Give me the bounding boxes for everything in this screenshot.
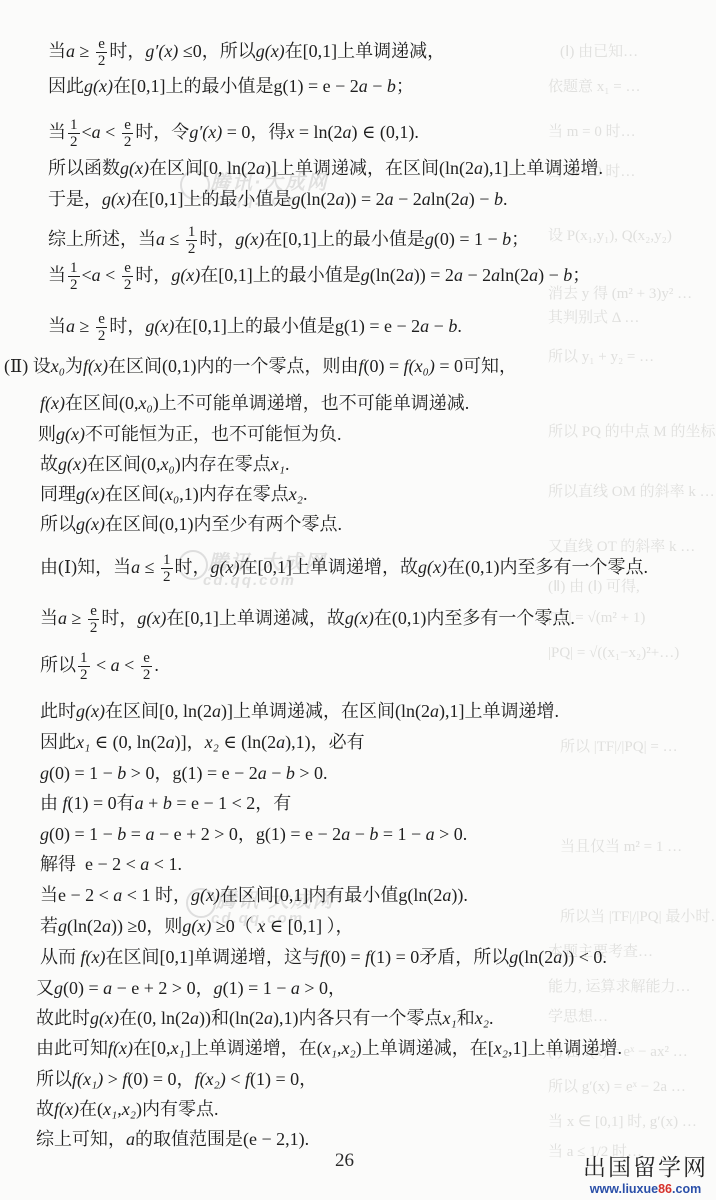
text-segment: (Ⅱ) 设	[4, 355, 51, 377]
fraction-denominator: 2	[122, 277, 134, 293]
math-symbol: f(x)	[40, 392, 65, 414]
text-segment: 当	[48, 121, 66, 143]
math-symbol: b	[563, 264, 572, 286]
text-segment: ∈ [0,1] ），	[265, 915, 353, 937]
text-line: 故此时g(x)在(0, ln(2a))和(ln(2a),1)内各只有一个零点x₁…	[36, 1007, 493, 1029]
text-segment: )) < 0.	[562, 946, 607, 968]
bleed-through-line: 当 x ∈ [0,1] 时, g′(x) …	[548, 1110, 697, 1131]
math-symbol: x₂	[289, 483, 303, 505]
text-segment: 当	[40, 607, 58, 629]
math-symbol: g(x)	[211, 556, 240, 578]
text-segment: )内存在零点	[175, 453, 271, 475]
text-segment: 在(0, ln(2	[119, 1007, 190, 1029]
text-segment: (ln(2	[300, 188, 335, 210]
fraction: e2	[141, 650, 153, 683]
fraction: e2	[122, 117, 134, 150]
fraction-numerator: e	[122, 117, 133, 134]
text-segment: 因此	[48, 75, 84, 97]
math-symbol: g(x)	[418, 556, 447, 578]
math-symbol: a	[66, 40, 75, 62]
math-symbol: a	[156, 228, 165, 250]
text-segment: ≥	[67, 607, 86, 629]
fraction-denominator: 2	[78, 667, 90, 683]
text-segment: )]，	[175, 731, 205, 753]
bleed-through-line: 所以当 |TF|/|PQ| 最小时…	[560, 905, 716, 926]
math-symbol: g(x)	[76, 700, 105, 722]
fraction-denominator: 2	[88, 620, 100, 636]
text-segment: 时，	[175, 556, 211, 578]
math-symbol: g	[58, 915, 67, 937]
text-segment: (1) = 0有	[68, 792, 135, 814]
text-segment: = 1 −	[378, 823, 425, 845]
text-segment: 于是，	[48, 188, 102, 210]
math-symbol: a	[92, 264, 101, 286]
text-line: 同理g(x)在区间(x₀,1)内存在零点x₂.	[40, 483, 307, 505]
text-line: (Ⅱ) 设x₀为f(x)在区间(0,1)内的一个零点，则由f(0) = f(x₀…	[4, 355, 517, 377]
text-segment: > 0，	[126, 762, 172, 784]
text-segment: ；	[396, 75, 414, 97]
fraction-numerator: e	[96, 311, 107, 328]
math-symbol: g(x)	[145, 315, 174, 337]
text-segment: 在区间(0,	[65, 392, 139, 414]
text-segment: 为	[65, 355, 83, 377]
math-symbol: a	[529, 264, 538, 286]
math-symbol: x₁	[323, 1037, 337, 1059]
text-segment: )上不可能单调递增，也不可能单调递减.	[153, 392, 470, 414]
text-segment: 所以	[40, 513, 76, 535]
text-segment: 的取值范围是(e − 2,1).	[135, 1128, 309, 1150]
math-symbol: x₁	[103, 1098, 117, 1120]
math-symbol: b	[448, 315, 457, 337]
text-segment: −	[429, 315, 448, 337]
math-symbol: a	[422, 188, 431, 210]
text-segment: ≤	[165, 228, 184, 250]
text-line: 当a ≥ e2时，g′(x) ≤0，所以g(x)在[0,1]上单调递减，	[48, 34, 445, 67]
text-segment: 所以	[40, 654, 76, 676]
math-symbol: b	[286, 762, 295, 784]
text-segment: (ln(2	[67, 915, 102, 937]
text-segment: 解得 e − 2 <	[40, 853, 140, 875]
text-segment: .	[503, 188, 508, 210]
text-segment: )内有零点.	[136, 1098, 219, 1120]
math-symbol: a	[58, 607, 67, 629]
text-segment: <	[82, 121, 92, 143]
text-segment: (1) = 0矛盾，所以	[370, 946, 509, 968]
math-symbol: a	[460, 188, 469, 210]
text-segment: 由(Ⅰ)知，当	[40, 556, 131, 578]
text-segment: − e + 2 > 0，	[112, 977, 213, 999]
text-line: 由(Ⅰ)知，当a ≤ 12时，g(x)在[0,1]上单调递增，故g(x)在(0,…	[40, 550, 648, 583]
text-segment: 在(0,1)内至多有一个零点.	[374, 607, 575, 629]
math-symbol: b	[117, 823, 126, 845]
text-segment: 在(0,1)内至多有一个零点.	[447, 556, 648, 578]
text-line: g(0) = 1 − b > 0，g(1) = e − 2a − b > 0.	[40, 762, 328, 784]
fraction-numerator: e	[96, 36, 107, 53]
text-segment: (1) = 1 −	[223, 977, 291, 999]
math-symbol: a	[66, 315, 75, 337]
math-symbol: a	[92, 121, 101, 143]
bleed-through-line: (Ⅰ) 由已知…	[560, 40, 638, 61]
fraction-numerator: 1	[78, 650, 90, 667]
text-line: 故f(x)在(x₁,x₂)内有零点.	[36, 1098, 218, 1120]
fraction: e2	[96, 311, 108, 344]
fraction-denominator: 2	[161, 569, 173, 585]
text-segment: ,1)内存在零点	[179, 483, 289, 505]
text-segment: 当e − 2 <	[40, 884, 113, 906]
text-segment: < 1 时，	[122, 884, 191, 906]
math-symbol: x₁	[170, 1037, 184, 1059]
math-symbol: g(x)	[345, 607, 374, 629]
math-symbol: a	[131, 556, 140, 578]
fraction-numerator: e	[122, 260, 133, 277]
text-segment: ) −	[469, 188, 494, 210]
text-segment: − e + 2 > 0，	[154, 823, 255, 845]
text-segment: (ln(2	[370, 264, 405, 286]
text-line: 则g(x)不可能恒为正，也不可能恒为负.	[38, 423, 341, 445]
math-symbol: x₂	[494, 1037, 508, 1059]
math-symbol: a	[113, 884, 122, 906]
math-symbol: x₂	[475, 1007, 489, 1029]
math-symbol: g(x)	[182, 915, 211, 937]
text-segment: 当	[48, 264, 66, 286]
math-symbol: x	[257, 915, 265, 937]
text-segment: 故此时	[36, 1007, 90, 1029]
text-segment: 所以	[36, 1068, 72, 1090]
text-segment: (0) =	[63, 977, 103, 999]
text-segment: 综上可知，	[36, 1128, 126, 1150]
text-segment: =	[126, 823, 145, 845]
text-segment: (0) = 1 −	[49, 762, 117, 784]
text-line: 综上所述，当a ≤ 12时，g(x)在[0,1]上的最小值是g(0) = 1 −…	[48, 222, 529, 255]
text-segment: ),1]上单调递增.	[439, 700, 559, 722]
math-symbol: b	[387, 75, 396, 97]
math-symbol: a	[430, 700, 439, 722]
text-segment: > 0.	[435, 823, 468, 845]
bleed-through-line: 设 P(x₁,y₁), Q(x₂,y₂)	[548, 224, 672, 245]
fraction-denominator: 2	[68, 277, 80, 293]
text-segment: g(1) = e − 2	[256, 823, 341, 845]
fraction-denominator: 2	[186, 241, 198, 257]
math-symbol: g	[291, 188, 300, 210]
text-segment: ≤0，所以	[178, 40, 255, 62]
math-symbol: a	[111, 654, 120, 676]
text-line: 又g(0) = a − e + 2 > 0，g(1) = 1 − a > 0，	[36, 977, 346, 999]
text-segment: )]上单调递减，在区间(ln(2	[221, 700, 430, 722]
text-segment: > 0.	[295, 762, 328, 784]
text-line: 因此g(x)在[0,1]上的最小值是g(1) = e − 2a − b；	[48, 75, 414, 97]
text-segment: 不可能恒为正，也不可能恒为负.	[85, 423, 342, 445]
math-symbol: b	[369, 823, 378, 845]
math-symbol: f(x₂)	[195, 1068, 226, 1090]
text-segment: .	[457, 315, 462, 337]
math-symbol: a	[190, 1007, 199, 1029]
math-symbol: x₂	[205, 731, 219, 753]
fraction: 12	[161, 552, 173, 585]
text-segment: ]上单调递增，在(	[185, 1037, 323, 1059]
math-symbol: g	[40, 823, 49, 845]
text-line: 当a ≥ e2时，g(x)在[0,1]上单调递减，故g(x)在(0,1)内至多有…	[40, 601, 575, 634]
math-symbol: a	[276, 731, 285, 753]
text-segment: (0) = 1 −	[49, 823, 117, 845]
text-segment: − 2	[463, 264, 491, 286]
text-segment: 时，	[109, 40, 145, 62]
math-symbol: x₀	[160, 453, 174, 475]
math-symbol: f(x)	[108, 1037, 133, 1059]
brand-name: 出国留学网	[583, 1154, 708, 1182]
text-segment: <	[92, 654, 111, 676]
text-segment: ；	[572, 264, 590, 286]
text-segment: 在[0,1]上单调递减，故	[166, 607, 345, 629]
math-symbol: g	[214, 977, 223, 999]
text-segment: ≥	[75, 315, 94, 337]
math-symbol: a	[341, 823, 350, 845]
math-symbol: b	[502, 228, 511, 250]
fraction: 12	[68, 260, 80, 293]
text-line: 由 f(1) = 0有a + b = e − 1 < 2，有	[40, 792, 291, 814]
text-segment: (0) =	[363, 355, 403, 377]
math-symbol: g	[40, 762, 49, 784]
math-symbol: a	[491, 264, 500, 286]
math-symbol: a	[212, 700, 221, 722]
text-segment: 在[0,1]上的最小值是	[200, 264, 361, 286]
text-segment: ),1)内各只有一个零点	[273, 1007, 443, 1029]
math-symbol: a	[135, 792, 144, 814]
math-symbol: a	[335, 188, 344, 210]
text-segment: 时，令	[135, 121, 189, 143]
text-segment: ln(2	[431, 188, 460, 210]
math-symbol: g(x)	[76, 513, 105, 535]
text-segment: )上单调递减，在[	[356, 1037, 494, 1059]
fraction-denominator: 2	[96, 53, 108, 69]
text-segment: ∈ (0, ln(2	[90, 731, 165, 753]
math-symbol: g	[54, 977, 63, 999]
text-segment: >	[103, 1068, 122, 1090]
math-symbol: f(x₀)	[404, 355, 435, 377]
text-segment: <	[226, 1068, 245, 1090]
text-line: 从而 f(x)在区间[0,1]单调递增，这与f(0) = f(1) = 0矛盾，…	[40, 946, 607, 968]
text-segment: 和	[457, 1007, 475, 1029]
text-line: 综上可知，a的取值范围是(e − 2,1).	[36, 1128, 309, 1150]
math-symbol: a	[359, 75, 368, 97]
text-segment: 由	[40, 792, 63, 814]
fraction: 12	[78, 650, 90, 683]
text-segment: )]上单调递减，在区间(ln(2	[265, 157, 474, 179]
math-symbol: f(x)	[54, 1098, 79, 1120]
text-line: 由此可知f(x)在[0,x₁]上单调递增，在(x₁,x₂)上单调递减，在[x₂,…	[36, 1037, 622, 1059]
text-line: 因此x₁ ∈ (0, ln(2a)]，x₂ ∈ (ln(2a),1)，必有	[40, 731, 365, 753]
text-segment: 在[0,1]上单调递增，故	[239, 556, 418, 578]
math-symbol: a	[126, 1128, 135, 1150]
math-symbol: x	[286, 121, 294, 143]
math-symbol: a	[553, 946, 562, 968]
text-segment: )) = 2	[414, 264, 454, 286]
math-symbol: b	[494, 188, 503, 210]
text-line: 若g(ln(2a)) ≥0，则g(x) ≥0（ x ∈ [0,1] ），	[40, 915, 354, 937]
text-segment: 在[0,1]上单调递减，	[285, 40, 446, 62]
text-segment: 在区间[0, ln(2	[105, 700, 212, 722]
text-segment: ≥0（	[211, 915, 257, 937]
bleed-through-line: 所以 y₁ + y₂ = …	[548, 345, 654, 366]
fraction-numerator: e	[141, 650, 152, 667]
text-segment: ≥	[75, 40, 94, 62]
math-symbol: a	[145, 823, 154, 845]
math-symbol: b	[117, 762, 126, 784]
math-symbol: x₀	[51, 355, 65, 377]
text-segment: ≤	[140, 556, 159, 578]
math-symbol: f(x)	[83, 355, 108, 377]
text-segment: (0) =	[325, 946, 365, 968]
text-segment: 在区间[0, ln(2	[149, 157, 256, 179]
math-symbol: g(x)	[235, 228, 264, 250]
text-segment: )) ≥0，则	[111, 915, 182, 937]
text-segment: 在区间(0,	[87, 453, 161, 475]
bleed-through-line: 其判别式 Δ …	[548, 306, 639, 327]
text-segment: .	[154, 654, 159, 676]
text-segment: 当	[48, 40, 66, 62]
math-symbol: a	[291, 977, 300, 999]
text-segment: = e − 1 < 2，有	[172, 792, 291, 814]
text-line: 故g(x)在区间(0,x₀)内存在零点x₁.	[40, 453, 289, 475]
text-segment: > 0，	[300, 977, 346, 999]
text-line: f(x)在区间(0,x₀)上不可能单调递增，也不可能单调递减.	[40, 392, 469, 414]
text-segment: <	[120, 654, 139, 676]
text-segment: 在[0,1]上的最小值是	[174, 315, 335, 337]
document-page: (Ⅰ) 由已知…依题意 x₁ = …当 m = 0 时…当 m ≠ 0 时…设 …	[0, 0, 716, 1200]
text-segment: 时，	[101, 607, 137, 629]
fraction-numerator: 1	[161, 552, 173, 569]
bleed-through-line: 所以 PQ 的中点 M 的坐标为…	[548, 420, 716, 441]
text-segment: (0) = 1 −	[434, 228, 502, 250]
math-symbol: x₁	[271, 453, 285, 475]
text-segment: ),1)，必有	[285, 731, 365, 753]
text-segment: +	[144, 792, 163, 814]
text-segment: g(1) = e − 2	[335, 315, 420, 337]
text-segment: 在区间[0,1]内有最小值g(ln(2	[220, 884, 442, 906]
fraction: e2	[96, 36, 108, 69]
math-symbol: g(x)	[120, 157, 149, 179]
text-segment: <	[101, 264, 120, 286]
text-segment: 在[0,1]上的最小值是	[131, 188, 292, 210]
text-segment: )).	[451, 884, 468, 906]
text-segment: (ln(2	[518, 946, 553, 968]
math-symbol: a	[420, 315, 429, 337]
text-segment: g(1) = e − 2	[172, 762, 257, 784]
fraction-denominator: 2	[96, 328, 108, 344]
math-symbol: g(x)	[102, 188, 131, 210]
text-segment: 故	[36, 1098, 54, 1120]
text-segment: 时，	[135, 264, 171, 286]
math-symbol: g(x)	[90, 1007, 119, 1029]
site-brand-watermark: 出国留学网 www.liuxue86.com	[583, 1154, 708, 1196]
text-segment: )) = 2	[344, 188, 384, 210]
bleed-through-line: 所以 g′(x) = eˣ − 2a …	[548, 1075, 686, 1096]
text-segment: 在[0,1]上的最小值是	[113, 75, 274, 97]
text-line: 解得 e − 2 < a < 1.	[40, 853, 182, 875]
text-segment: .	[489, 1007, 494, 1029]
text-segment: −	[267, 762, 286, 784]
text-line: 当a ≥ e2时，g(x)在[0,1]上的最小值是g(1) = e − 2a −…	[48, 309, 462, 342]
math-symbol: g′(x)	[145, 40, 178, 62]
text-segment: ),1]上单调递增.	[483, 157, 603, 179]
math-symbol: g(x)	[171, 264, 200, 286]
math-symbol: a	[442, 884, 451, 906]
text-segment: 从而	[40, 946, 81, 968]
text-segment: −	[350, 823, 369, 845]
math-symbol: b	[163, 792, 172, 814]
math-symbol: a	[405, 264, 414, 286]
text-segment: (1) = 0，	[250, 1068, 317, 1090]
text-segment: (0) = 0，	[127, 1068, 194, 1090]
text-segment: 在[0,	[133, 1037, 171, 1059]
text-line: 所以函数g(x)在区间[0, ln(2a)]上单调递减，在区间(ln(2a),1…	[48, 157, 603, 179]
bleed-through-line: 所以直线 OM 的斜率 k …	[548, 480, 715, 501]
math-symbol: f(x)	[81, 946, 106, 968]
text-segment: 当	[48, 315, 66, 337]
math-symbol: a	[426, 823, 435, 845]
text-segment: 则	[38, 423, 56, 445]
bleed-through-line: 所以 |TF|/|PQ| = …	[560, 735, 678, 756]
math-symbol: a	[103, 977, 112, 999]
text-segment: 同理	[40, 483, 76, 505]
math-symbol: a	[385, 188, 394, 210]
math-symbol: x₂	[341, 1037, 355, 1059]
text-segment: ) ∈ (0,1).	[352, 121, 419, 143]
text-line: 所以g(x)在区间(0,1)内至少有两个零点.	[40, 513, 342, 535]
math-symbol: a	[258, 762, 267, 784]
text-segment: <	[101, 121, 120, 143]
fraction-numerator: e	[88, 603, 99, 620]
math-symbol: g	[361, 264, 370, 286]
fraction: 12	[68, 117, 80, 150]
math-symbol: f(x₁)	[72, 1068, 103, 1090]
text-segment: 所以函数	[48, 157, 120, 179]
math-symbol: a	[343, 121, 352, 143]
text-segment: <	[82, 264, 92, 286]
text-segment: ln(2	[500, 264, 529, 286]
text-segment: 时，	[199, 228, 235, 250]
brand-url: www.liuxue86.com	[583, 1182, 708, 1196]
text-segment: 因此	[40, 731, 76, 753]
page-number: 26	[335, 1150, 354, 1172]
text-segment: ))和(ln(2	[199, 1007, 264, 1029]
text-segment: .	[303, 483, 308, 505]
math-symbol: g(x)	[56, 423, 85, 445]
fraction-numerator: 1	[186, 224, 198, 241]
math-symbol: x₂	[122, 1098, 136, 1120]
math-symbol: a	[140, 853, 149, 875]
text-segment: 在[0,1]上的最小值是	[264, 228, 425, 250]
text-line: g(0) = 1 − b = a − e + 2 > 0，g(1) = e − …	[40, 823, 467, 845]
text-segment: .	[285, 453, 290, 475]
text-segment: ) −	[538, 264, 563, 286]
math-symbol: g(x)	[256, 40, 285, 62]
text-line: 当12<a < e2时，令g′(x) = 0，得x = ln(2a) ∈ (0,…	[48, 115, 419, 148]
fraction-numerator: 1	[68, 260, 80, 277]
math-symbol: a	[102, 915, 111, 937]
math-symbol: x₀	[165, 483, 179, 505]
text-segment: 又	[36, 977, 54, 999]
text-segment: 在区间[0,1]单调递增，这与	[105, 946, 320, 968]
fraction-numerator: 1	[68, 117, 80, 134]
text-line: 当12<a < e2时，g(x)在[0,1]上的最小值是g(ln(2a)) = …	[48, 258, 590, 291]
text-segment: 时，	[109, 315, 145, 337]
fraction: e2	[88, 603, 100, 636]
math-symbol: g(x)	[58, 453, 87, 475]
text-segment: 故	[40, 453, 58, 475]
math-symbol: a	[166, 731, 175, 753]
bleed-through-line: 学思想…	[548, 1005, 608, 1026]
math-symbol: g(x)	[137, 607, 166, 629]
